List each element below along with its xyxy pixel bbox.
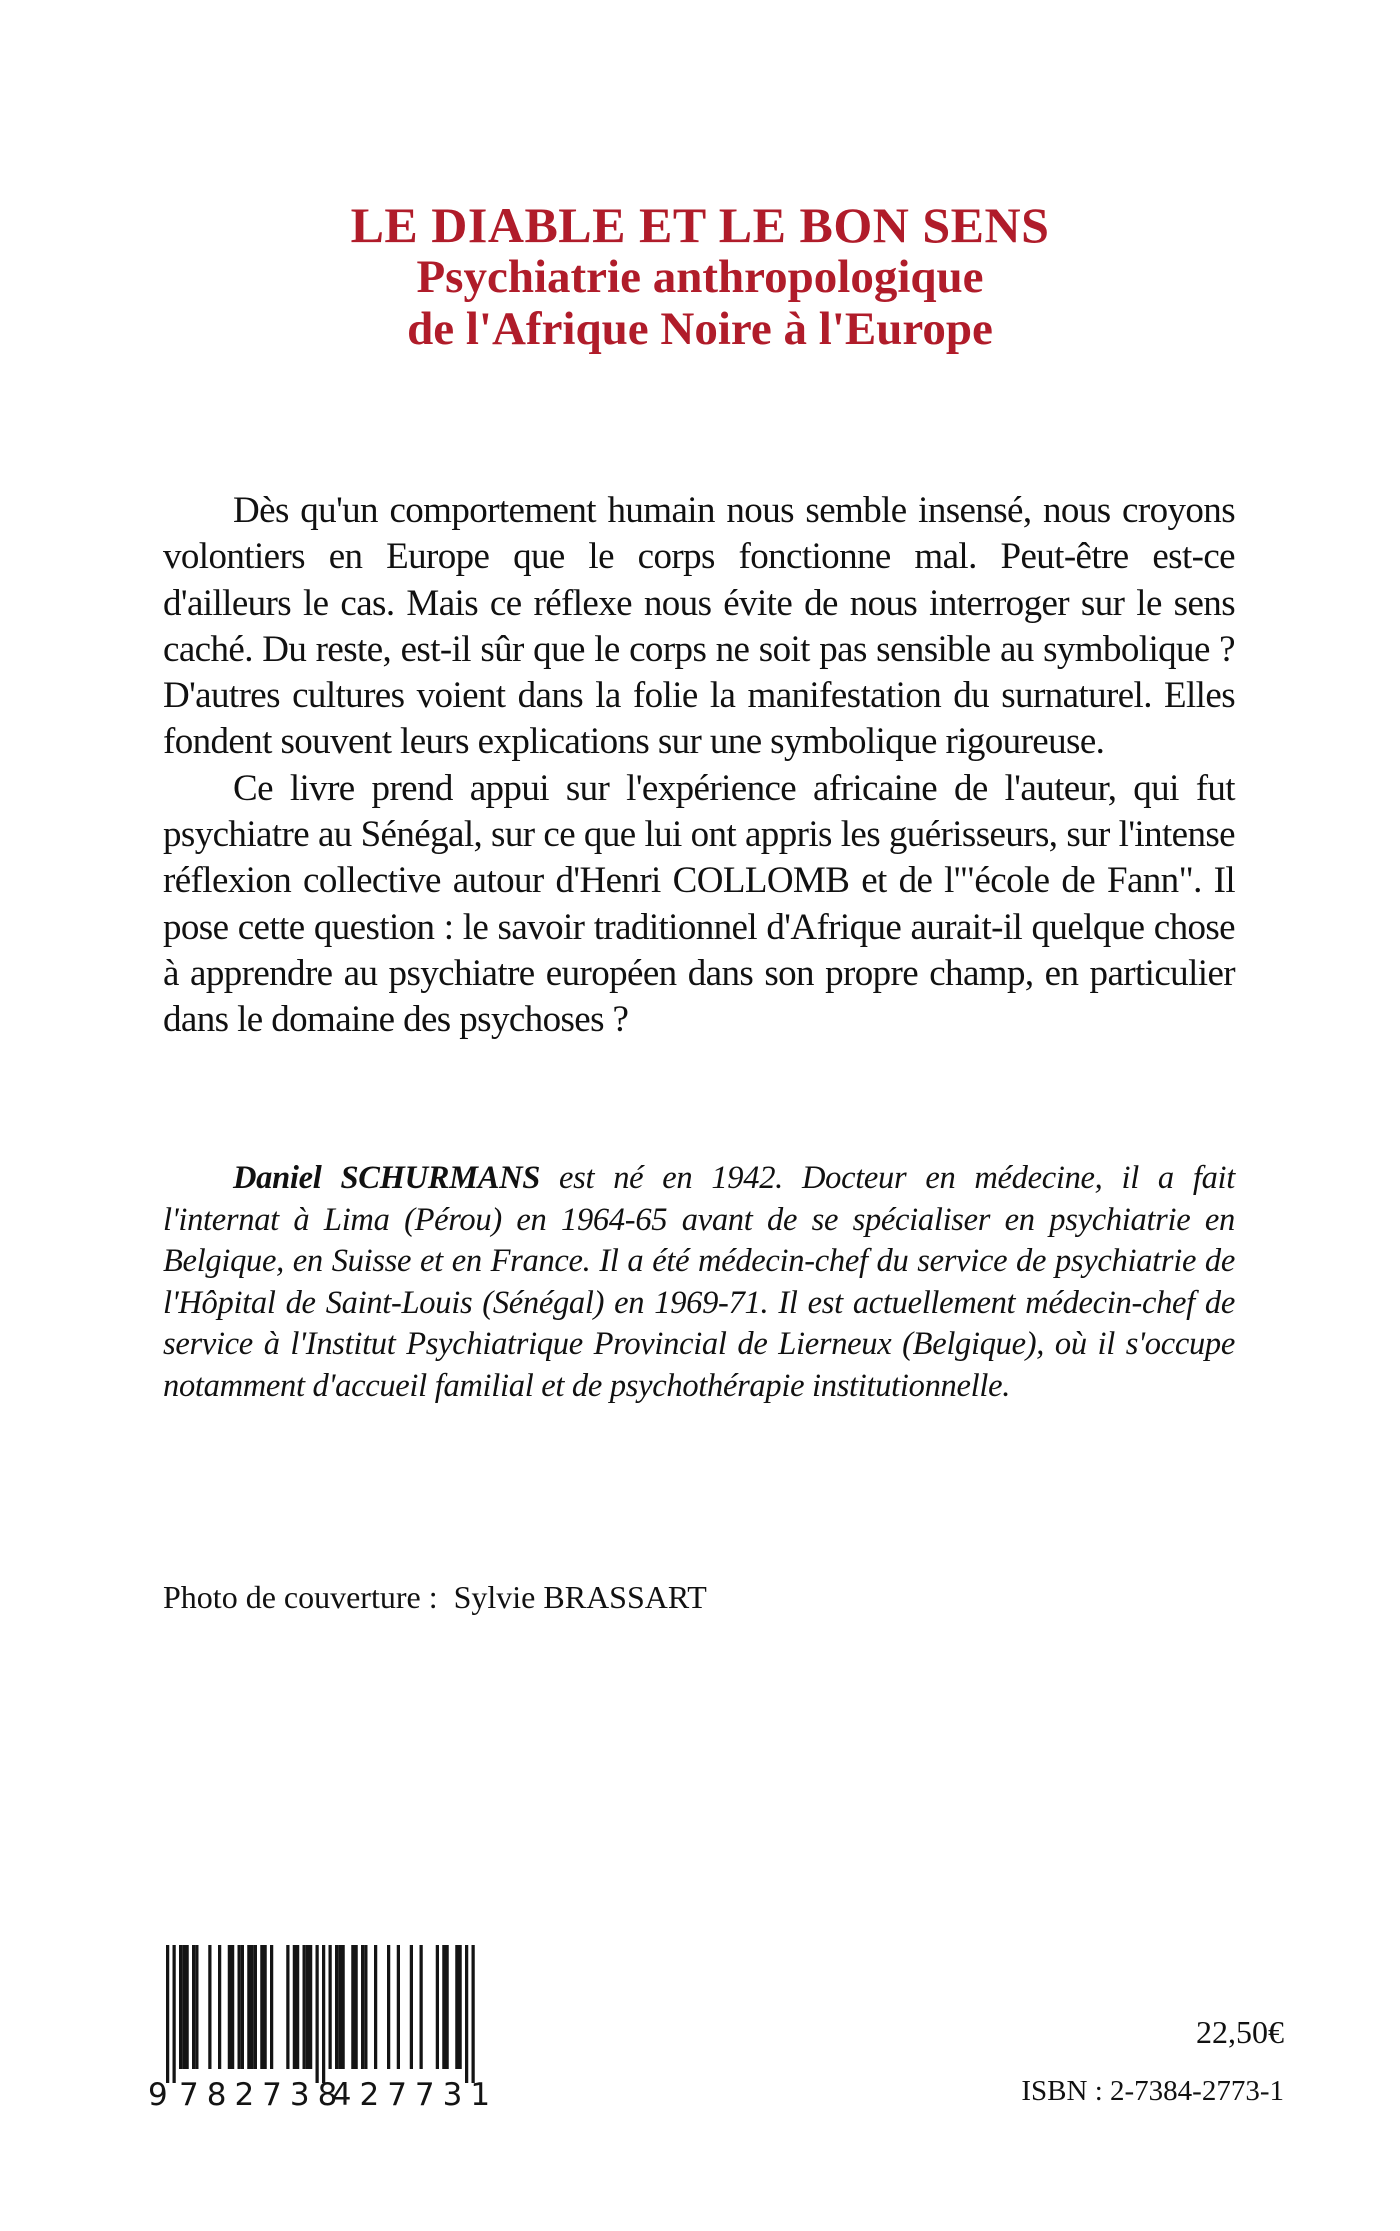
isbn: ISBN : 2-7384-2773-1 (1021, 2073, 1284, 2109)
photo-credit-name: Sylvie BRASSART (454, 1579, 707, 1615)
author-bio-text: est né en 1942. Docteur en médecine, il … (163, 1160, 1235, 1404)
svg-text:782738: 782738 (179, 2077, 345, 2110)
author-bio: Daniel SCHURMANS est né en 1942. Docteur… (163, 1158, 1235, 1407)
isbn-value: 2-7384-2773-1 (1110, 2075, 1284, 2107)
book-title-block: LE DIABLE ET LE BON SENS Psychiatrie ant… (0, 200, 1400, 358)
author-name: Daniel SCHURMANS (233, 1160, 540, 1196)
author-bio-paragraph: Daniel SCHURMANS est né en 1942. Docteur… (163, 1158, 1235, 1407)
barcode-icon: 9782738427731 (148, 1945, 498, 2110)
photo-credit-label: Photo de couverture : (163, 1579, 438, 1615)
price: 22,50€ (1196, 2012, 1284, 2052)
book-subtitle-line-2: de l'Afrique Noire à l'Europe (0, 306, 1400, 358)
book-subtitle-line-1: Psychiatrie anthropologique (0, 254, 1400, 306)
blurb-paragraph: Ce livre prend appui sur l'expérience af… (163, 766, 1235, 1044)
svg-text:9: 9 (148, 2077, 176, 2110)
book-title: LE DIABLE ET LE BON SENS (0, 200, 1400, 254)
photo-credit: Photo de couverture : Sylvie BRASSART (163, 1577, 707, 1617)
svg-text:427731: 427731 (332, 2077, 498, 2110)
isbn-label: ISBN : (1021, 2075, 1102, 2107)
book-blurb: Dès qu'un comportement humain nous sembl… (163, 488, 1235, 1044)
ean13-barcode: 9782738427731 (148, 1945, 498, 2110)
blurb-paragraph: Dès qu'un comportement humain nous sembl… (163, 488, 1235, 766)
